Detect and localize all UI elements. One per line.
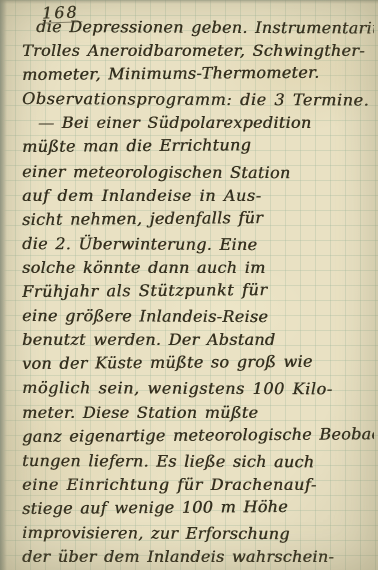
handwritten-line: Trolles Aneroidbarometer, Schwingther- — [22, 39, 374, 63]
handwritten-line: die 2. Überwinterung. Eine — [22, 232, 374, 258]
manuscript-page: 168 die Depressionen geben. Instrumentar… — [0, 0, 378, 570]
handwritten-line: sicht nehmen, jedenfalls für — [22, 205, 374, 232]
handwritten-line: möglich sein, wenigstens 100 Kilo- — [22, 376, 374, 402]
manuscript-lines: die Depressionen geben. Instrumentarium:… — [22, 15, 374, 569]
handwritten-line: solche könnte dann auch im — [22, 256, 374, 280]
handwritten-line: Observationsprogramm: die 3 Termine. — [22, 87, 374, 113]
handwritten-line: auf dem Inlandeise in Aus- — [22, 184, 374, 208]
handwritten-line: meter. Diese Station müßte — [22, 401, 374, 425]
handwritten-line: eine größere Inlandeis-Reise — [22, 304, 374, 330]
scan-edge-left — [0, 0, 7, 570]
handwritten-line: die Depressionen geben. Instrumentarium: — [36, 15, 374, 41]
handwritten-line: von der Küste müßte so groß wie — [22, 350, 374, 377]
handwritten-line: eine Einrichtung für Drachenauf- — [22, 473, 374, 497]
handwritten-line: der über dem Inlandeis wahrschein- — [22, 545, 374, 569]
handwritten-line: stiege auf wenige 100 m Höhe — [22, 494, 374, 521]
handwritten-line: Frühjahr als Stützpunkt für — [22, 277, 374, 304]
handwritten-line: tungen liefern. Es ließe sich auch — [22, 449, 374, 475]
handwritten-line: mometer, Minimums-Thermometer. — [22, 60, 374, 87]
handwritten-line: improvisieren, zur Erforschung — [22, 521, 374, 547]
handwritten-line: einer meteorologischen Station — [22, 160, 374, 186]
handwritten-line: müßte man die Errichtung — [22, 133, 374, 160]
handwritten-line: ganz eigenartige meteorologische Beobach… — [22, 422, 374, 449]
